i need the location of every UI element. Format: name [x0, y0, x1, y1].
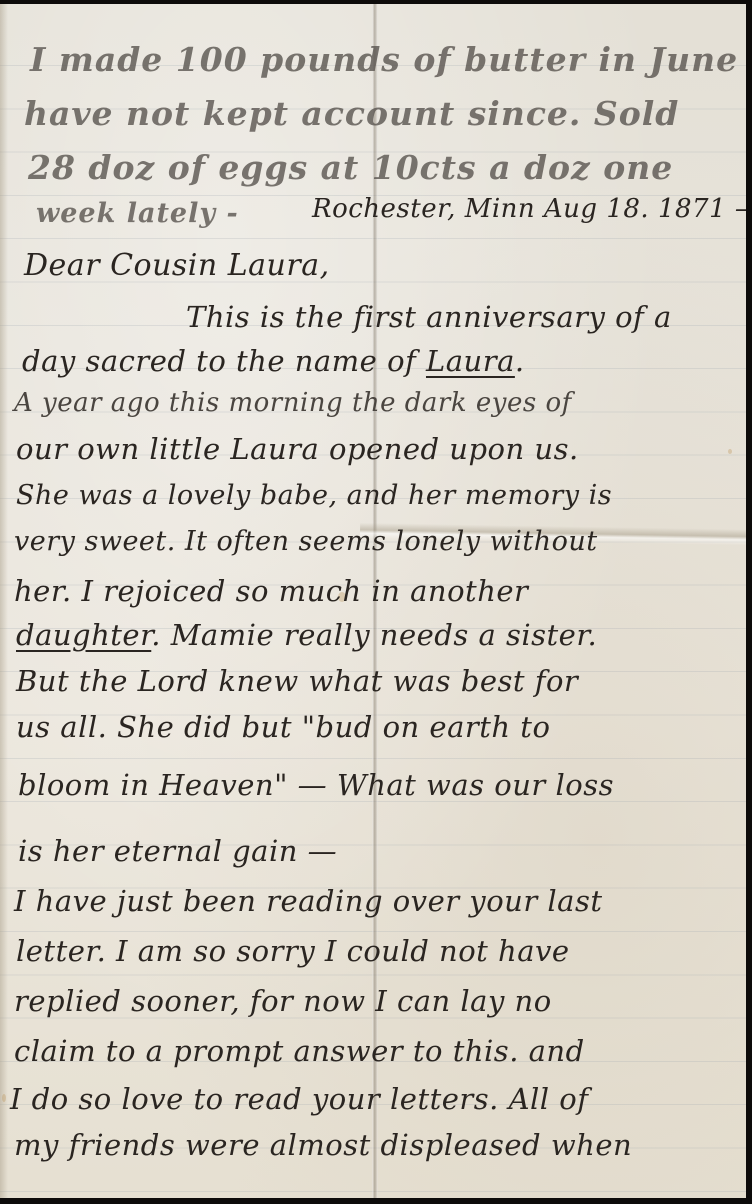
letter-body-line: But the Lord knew what was best for: [16, 664, 578, 698]
pencil-note-line: 28 doz of eggs at 10cts a doz one: [28, 148, 673, 187]
letter-body-line: my friends were almost displeased when: [14, 1128, 632, 1162]
letter-body-line: She was a lovely babe, and her memory is: [16, 480, 612, 511]
letter-body-line: replied sooner, for now I can lay no: [14, 984, 552, 1018]
pencil-note-line: have not kept account since. Sold: [24, 94, 679, 133]
pencil-note-line: week lately -: [36, 198, 239, 229]
pencil-note-line: I made 100 pounds of butter in June: [30, 40, 738, 79]
letter-body-line: letter. I am so sorry I could not have: [16, 934, 570, 968]
foxing-stain: [728, 449, 732, 454]
letter-body-line: I do so love to read your letters. All o…: [10, 1082, 589, 1116]
letter-salutation: Dear Cousin Laura,: [24, 248, 330, 283]
letter-body-line: claim to a prompt answer to this. and: [14, 1034, 585, 1068]
letter-text: .: [515, 344, 525, 378]
letter-body-line: This is the first anniversary of a: [186, 300, 672, 334]
letter-body-line: very sweet. It often seems lonely withou…: [14, 526, 598, 557]
letter-body-line: I have just been reading over your last: [14, 884, 603, 918]
letter-body-line: our own little Laura opened upon us.: [16, 432, 579, 466]
letter-body-line: daughter. Mamie really needs a sister.: [16, 618, 597, 652]
letter-body-line: us all. She did but "bud on earth to: [16, 710, 550, 744]
letter-body-line: A year ago this morning the dark eyes of: [14, 388, 572, 418]
underlined-word: daughter: [16, 618, 151, 652]
foxing-stain: [2, 1094, 6, 1102]
letter-body-line: bloom in Heaven" — What was our loss: [18, 768, 614, 802]
underlined-word: Laura: [426, 344, 515, 378]
letter-place-date: Rochester, Minn Aug 18. 1871 —: [312, 194, 746, 224]
paper-edge: [0, 4, 8, 1198]
letter-text: . Mamie really needs a sister.: [151, 618, 597, 652]
letter-body-line: her. I rejoiced so much in another: [14, 574, 528, 608]
letter-page: I made 100 pounds of butter in June have…: [0, 4, 746, 1198]
letter-text: day sacred to the name of: [22, 344, 426, 378]
letter-body-line: day sacred to the name of Laura.: [22, 344, 525, 378]
letter-body-line: is her eternal gain —: [18, 834, 337, 868]
